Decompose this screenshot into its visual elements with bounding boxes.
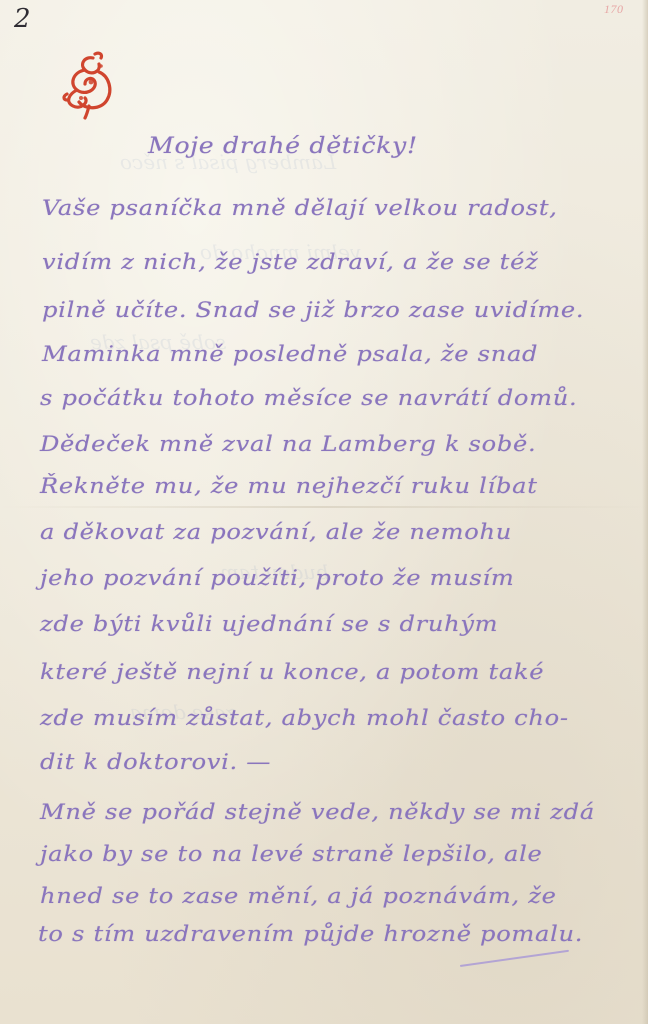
letter-line: Vaše psaníčka mně dělají velkou radost,: [42, 196, 558, 220]
letter-line: jeho pozvání použíti, proto že musím: [40, 566, 515, 590]
letter-line: dit k doktorovi. —: [40, 750, 271, 774]
letter-line: s počátku tohoto měsíce se navrátí domů.: [40, 386, 577, 410]
letter-line: jako by se to na levé straně lepšilo, al…: [40, 842, 543, 866]
letter-line: zde musím zůstat, abych mohl často cho-: [40, 706, 569, 730]
letter-page: Lamberg pisal s něco velmi mnoho do sobě…: [0, 0, 648, 1024]
letter-line: Řekněte mu, že mu nejhezčí ruku líbat: [40, 474, 538, 498]
letter-line: zde býti kvůli ujednání se s druhým: [40, 612, 498, 636]
letter-line: pilně učíte. Snad se již brzo zase uvidí…: [42, 298, 584, 322]
letter-line: a děkovat za pozvání, ale že nemohu: [40, 520, 512, 544]
letter-line: to s tím uzdravením půjde hrozně pomalu.: [38, 922, 583, 946]
letter-line: Mně se pořád stejně vede, někdy se mi zd…: [40, 800, 595, 824]
letter-line: které ještě nejní u konce, a potom také: [40, 660, 544, 684]
letter-line: hned se to zase mění, a já poznávám, že: [40, 884, 557, 908]
letter-body: Moje drahé dětičky! Vaše psaníčka mně dě…: [0, 0, 648, 1024]
salutation: Moje drahé dětičky!: [148, 134, 418, 159]
letter-line: Maminka mně posledně psala, že snad: [42, 342, 538, 366]
letter-line: Dědeček mně zval na Lamberg k sobě.: [40, 432, 536, 456]
letter-line: vidím z nich, že jste zdraví, a že se té…: [42, 250, 538, 274]
